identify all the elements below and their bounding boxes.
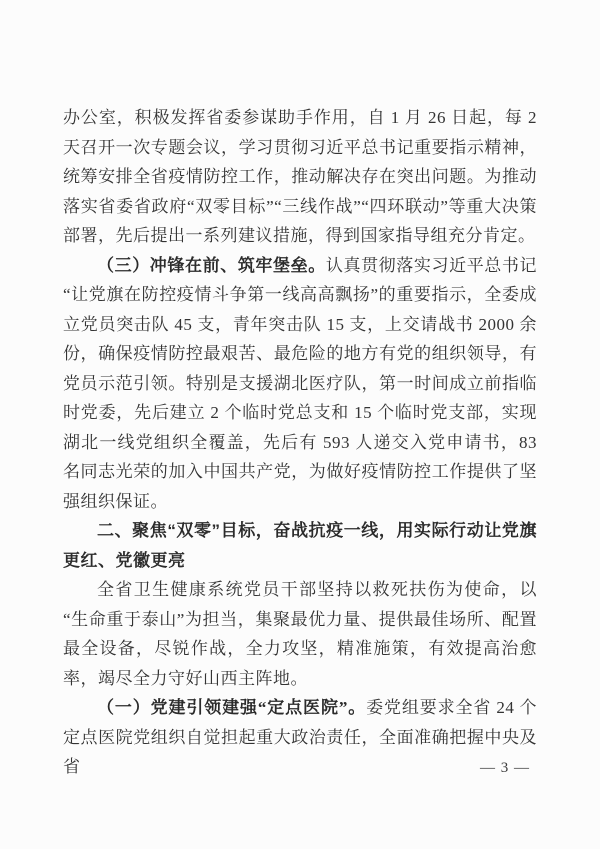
paragraph-overview: 全省卫生健康系统党员干部坚持以救死扶伤为使命，以“生命重于泰山”为担当，集聚最优… — [63, 575, 537, 693]
heading-part-two: 二、聚焦“双零”目标，奋战抗疫一线，用实际行动让党旗更红、党徽更亮 — [63, 516, 537, 575]
paragraph-section-three: （三）冲锋在前、筑牢堡垒。认真贯彻落实习近平总书记“让党旗在防控疫情斗争第一线高… — [63, 251, 537, 517]
text-run-bold-kaiti: （三）冲锋在前、筑牢堡垒。 — [97, 256, 326, 275]
document-page: 办公室，积极发挥省委参谋助手作用，自 1 月 26 日起，每 2 天召开一次专题… — [0, 0, 600, 849]
text-run-normal: 认真贯彻落实习近平总书记“让党旗在防控疫情斗争第一线高高飘扬”的重要指示，全委成… — [63, 256, 537, 511]
text-run-normal: 办公室，积极发挥省委参谋助手作用，自 1 月 26 日起，每 2 天召开一次专题… — [63, 108, 537, 245]
paragraph-section-one: （一）党建引领建强“定点医院”。委党组要求全省 24 个定点医院党组织自觉担起重… — [63, 693, 537, 782]
text-run-normal: 全省卫生健康系统党员干部坚持以救死扶伤为使命，以“生命重于泰山”为担当，集聚最优… — [63, 580, 537, 688]
text-run-bold-kaiti: （一）党建引领建强“定点医院”。 — [97, 698, 366, 717]
page-number: — 3 — — [480, 758, 530, 778]
paragraph-continuation: 办公室，积极发挥省委参谋助手作用，自 1 月 26 日起，每 2 天召开一次专题… — [63, 103, 537, 251]
text-run-bold-sans: 二、聚焦“双零”目标，奋战抗疫一线，用实际行动让党旗更红、党徽更亮 — [63, 521, 537, 570]
document-body: 办公室，积极发挥省委参谋助手作用，自 1 月 26 日起，每 2 天召开一次专题… — [63, 103, 537, 782]
